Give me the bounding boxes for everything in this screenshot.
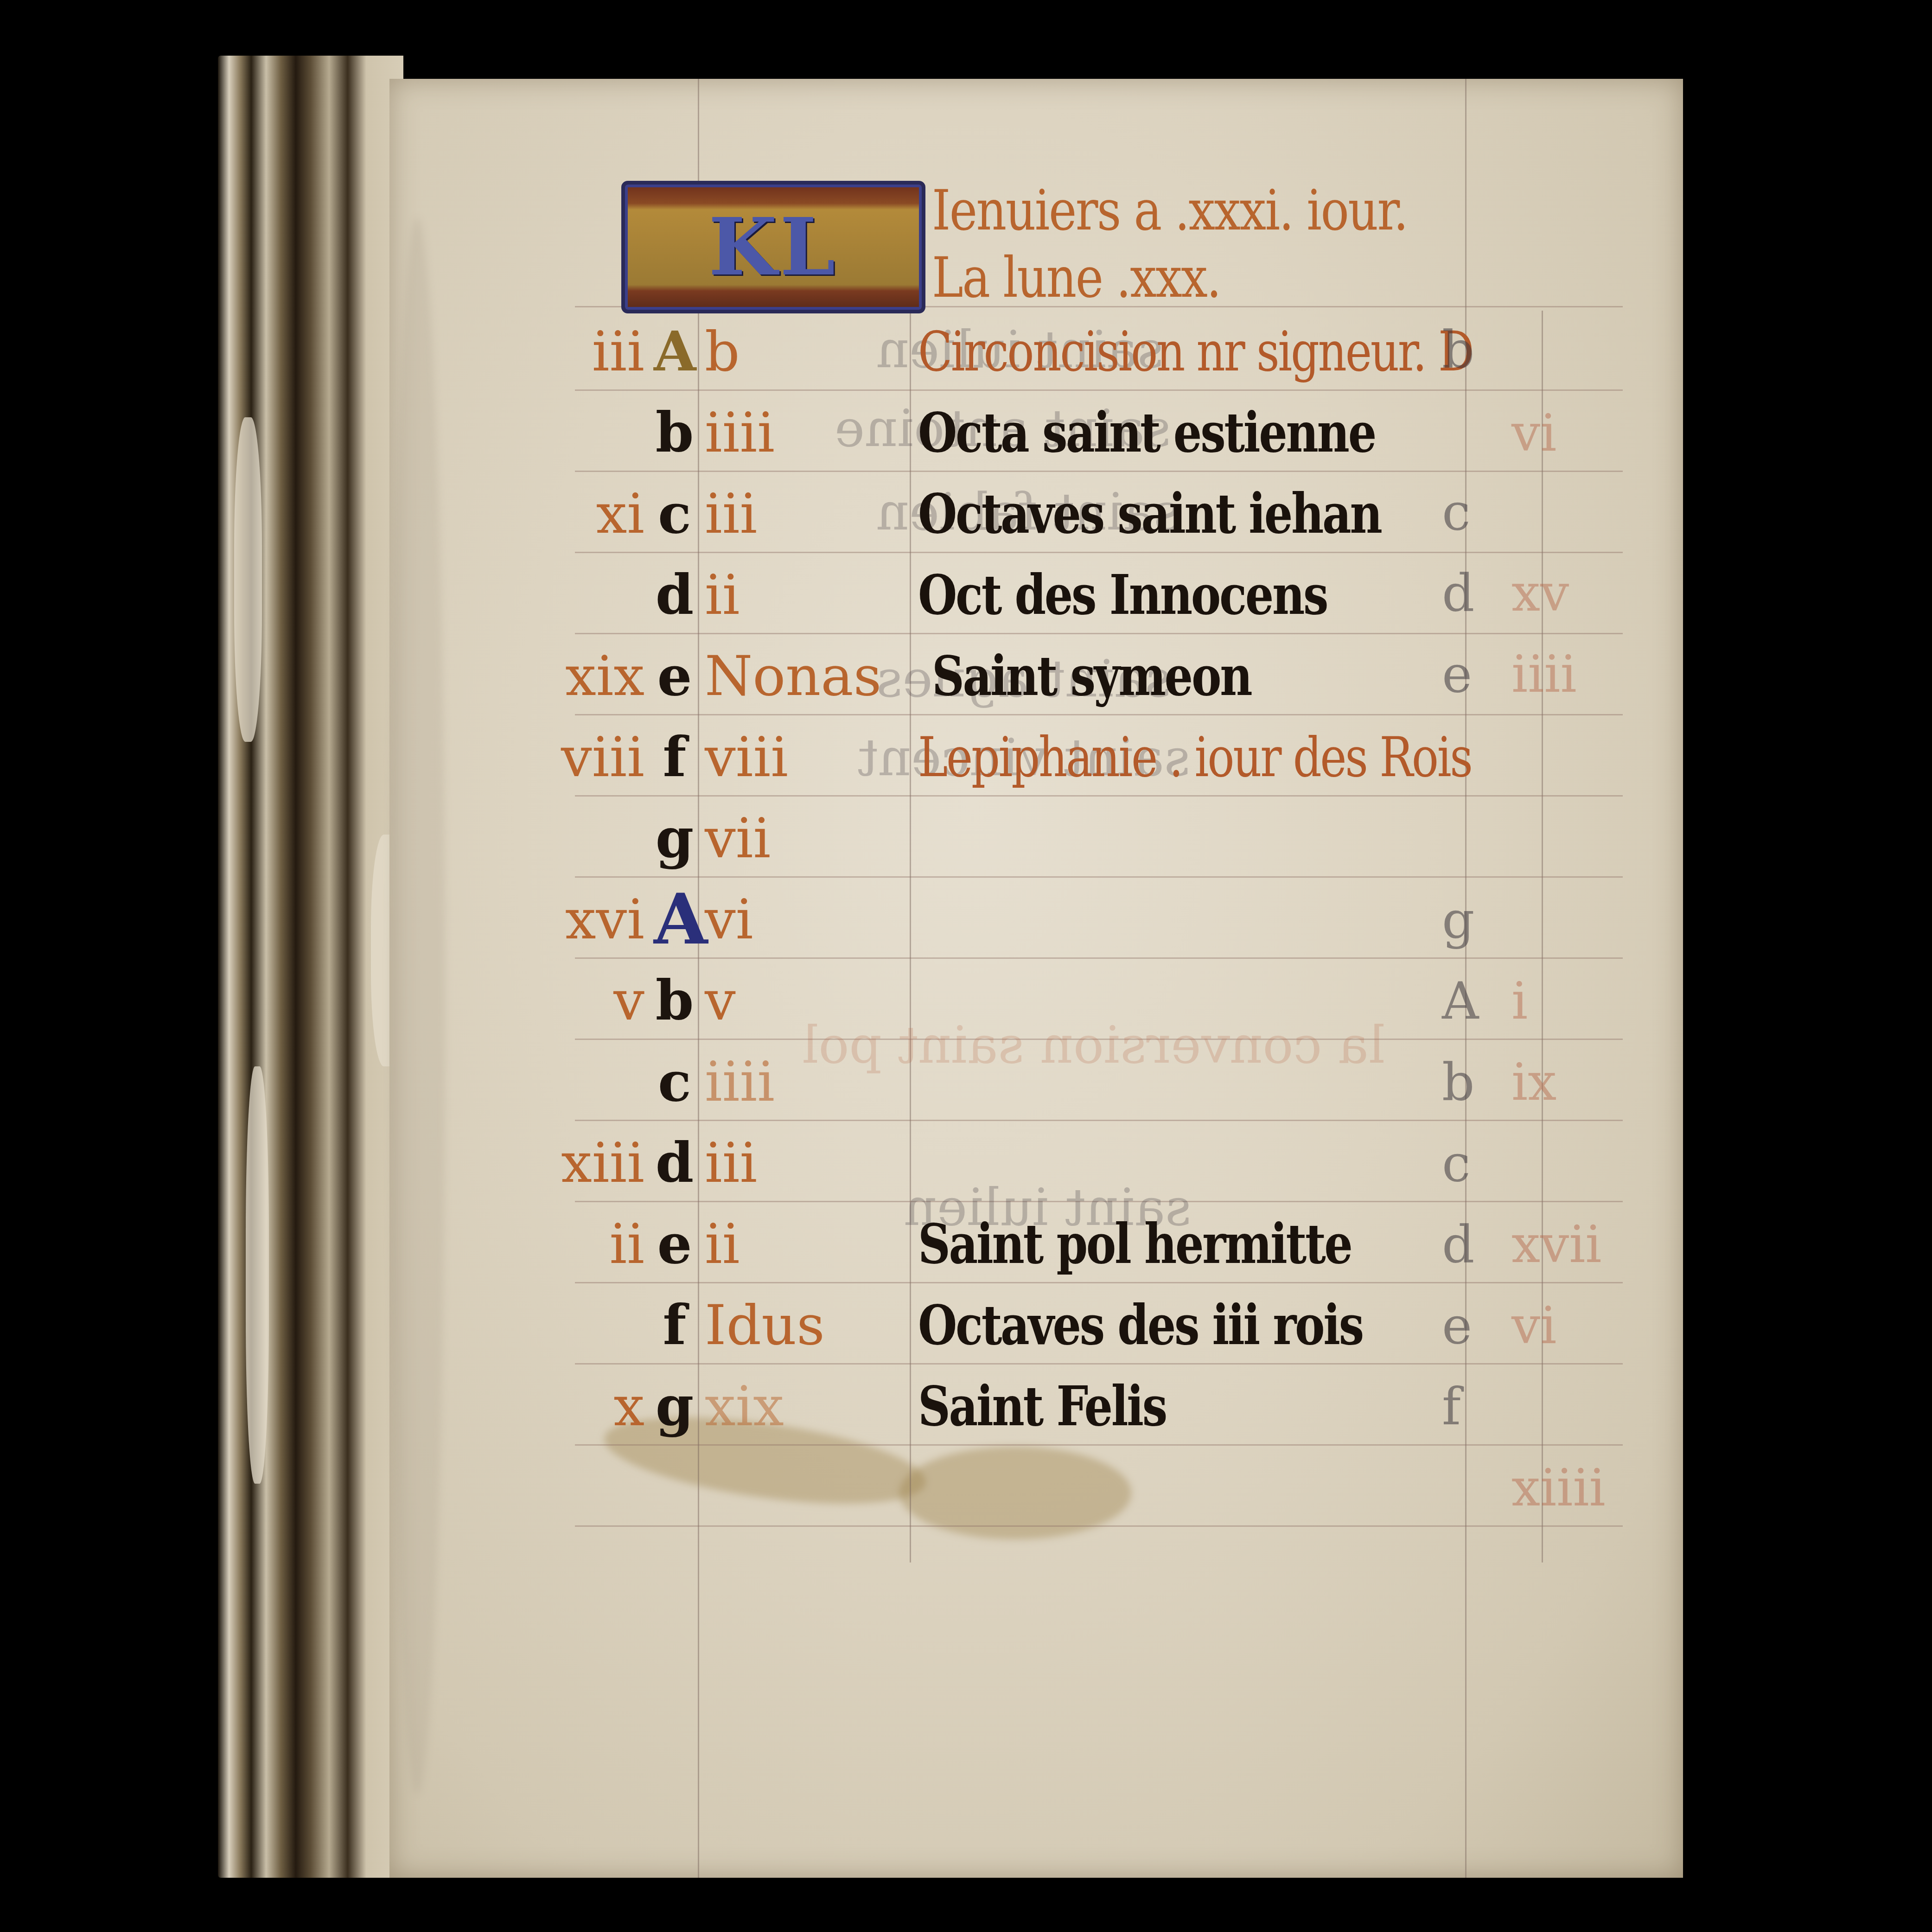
roman-day: b [705, 311, 835, 392]
golden-number [547, 392, 644, 473]
verso-roman-number: xv [1511, 563, 1569, 623]
feast-name [918, 960, 1488, 1041]
feast-name: Octaves des iii rois [918, 1284, 1488, 1366]
dominical-letter: A [654, 311, 695, 392]
roman-day: iii [705, 1122, 835, 1204]
verso-dominical-letter: f [1442, 1377, 1461, 1436]
calendar-row: viii f viii Lepiphanie . iour des Rois [389, 716, 1683, 798]
verso-dominical-letter: c [1442, 1134, 1471, 1193]
golden-number: v [547, 960, 644, 1041]
ruled-line-horizontal [575, 1525, 1623, 1527]
verso-dominical-letter: c [1442, 482, 1471, 542]
roman-day: ii [705, 554, 835, 636]
feast-name [918, 879, 1488, 960]
dominical-letter: f [654, 716, 695, 798]
dominical-letter: b [654, 392, 695, 473]
golden-number [547, 554, 644, 636]
verso-roman-number: xiiii [1511, 1458, 1606, 1518]
feast-name: Saint Felis [918, 1365, 1488, 1447]
golden-number: x [547, 1365, 644, 1447]
golden-number: xiii [547, 1122, 644, 1204]
calendar-row: ii e ii Saint pol hermitte [389, 1203, 1683, 1285]
golden-number [547, 1284, 644, 1366]
verso-roman-number: iiii [1511, 644, 1577, 704]
calendar-row: x g xix Saint Felis [389, 1365, 1683, 1447]
feast-name: Octa saint estienne [918, 392, 1488, 473]
dominical-letter-illuminated: A [654, 879, 695, 960]
dominical-letter: b [654, 960, 695, 1041]
calendar-row: xiii d iii [389, 1122, 1683, 1204]
calendar-row: xix e Nonas Saint symeon [389, 635, 1683, 717]
roman-day: iii [705, 473, 835, 555]
roman-day: iiii [705, 1041, 835, 1122]
parchment-page: saint iulien saint antoine saint fabien … [389, 79, 1683, 1878]
illuminated-initial-kl: KL [621, 181, 925, 313]
dominical-letter: c [654, 1041, 695, 1122]
calendar-row: b iiii Octa saint estienne [389, 392, 1683, 473]
roman-day: viii [705, 716, 835, 798]
feast-name [918, 1122, 1488, 1204]
calendar-row: c iiii [389, 1041, 1683, 1122]
dominical-letter: g [654, 797, 695, 879]
feast-name: Octaves saint iehan [918, 473, 1488, 555]
verso-dominical-letter: A [1442, 971, 1479, 1031]
verso-roman-number: ix [1511, 1052, 1556, 1112]
header-line-month: Ienuiers a .xxxi. iour. [932, 179, 1407, 243]
feast-name [918, 1041, 1488, 1122]
dominical-letter: e [654, 635, 695, 717]
dominical-letter: f [654, 1284, 695, 1366]
calendar-row: f Idus Octaves des iii rois [389, 1284, 1683, 1366]
header-line-moon: La lune .xxx. [932, 246, 1220, 310]
feast-name: Oct des Innocens [918, 554, 1488, 636]
calendar-row: iii A b Circoncision nr signeur. D [389, 311, 1683, 392]
calendar-row: g vii [389, 797, 1683, 879]
roman-day: v [705, 960, 835, 1041]
initial-letters: KL [708, 201, 838, 293]
dominical-letter: d [654, 1122, 695, 1204]
spine-tear [246, 1066, 269, 1484]
verso-dominical-letter: e [1442, 1296, 1472, 1355]
verso-dominical-letter: b [1442, 1052, 1474, 1112]
roman-day: iiii [705, 392, 835, 473]
golden-number [547, 797, 644, 879]
feast-name: Saint symeon [932, 635, 1502, 717]
calendar-row: xvi A vi [389, 879, 1683, 960]
feast-name: Circoncision nr signeur. D [918, 311, 1488, 392]
golden-number: xi [547, 473, 644, 555]
verso-dominical-letter: d [1442, 1215, 1474, 1274]
verso-dominical-letter: b [1442, 320, 1474, 379]
roman-day: xix [705, 1365, 835, 1447]
dominical-letter: e [654, 1203, 695, 1285]
verso-dominical-letter: d [1442, 563, 1474, 623]
golden-number: viii [547, 716, 644, 798]
verso-roman-number: vi [1511, 403, 1556, 463]
feast-name [918, 797, 1488, 879]
roman-day: Nonas [705, 635, 835, 717]
verso-dominical-letter: g [1442, 890, 1474, 950]
roman-day: vii [705, 797, 835, 879]
dominical-letter: d [654, 554, 695, 636]
roman-day: Idus [705, 1284, 835, 1366]
roman-day: ii [705, 1203, 835, 1285]
golden-number: xvi [547, 879, 644, 960]
roman-day: vi [705, 879, 835, 960]
verso-roman-number: vi [1511, 1296, 1556, 1355]
golden-number: iii [547, 311, 644, 392]
dominical-letter: c [654, 473, 695, 555]
verso-dominical-letter: e [1442, 644, 1472, 704]
feast-name: Lepiphanie . iour des Rois [918, 716, 1488, 798]
spine-tear [234, 417, 262, 742]
golden-number: xix [547, 635, 644, 717]
golden-number: ii [547, 1203, 644, 1285]
verso-roman-number: i [1511, 971, 1528, 1031]
dominical-letter: g [654, 1365, 695, 1447]
verso-roman-number: xvii [1511, 1215, 1602, 1274]
calendar-row: xi c iii Octaves saint iehan [389, 473, 1683, 555]
calendar-row: d ii Oct des Innocens [389, 554, 1683, 636]
feast-name: Saint pol hermitte [918, 1203, 1488, 1285]
calendar-row: v b v [389, 960, 1683, 1041]
golden-number [547, 1041, 644, 1122]
